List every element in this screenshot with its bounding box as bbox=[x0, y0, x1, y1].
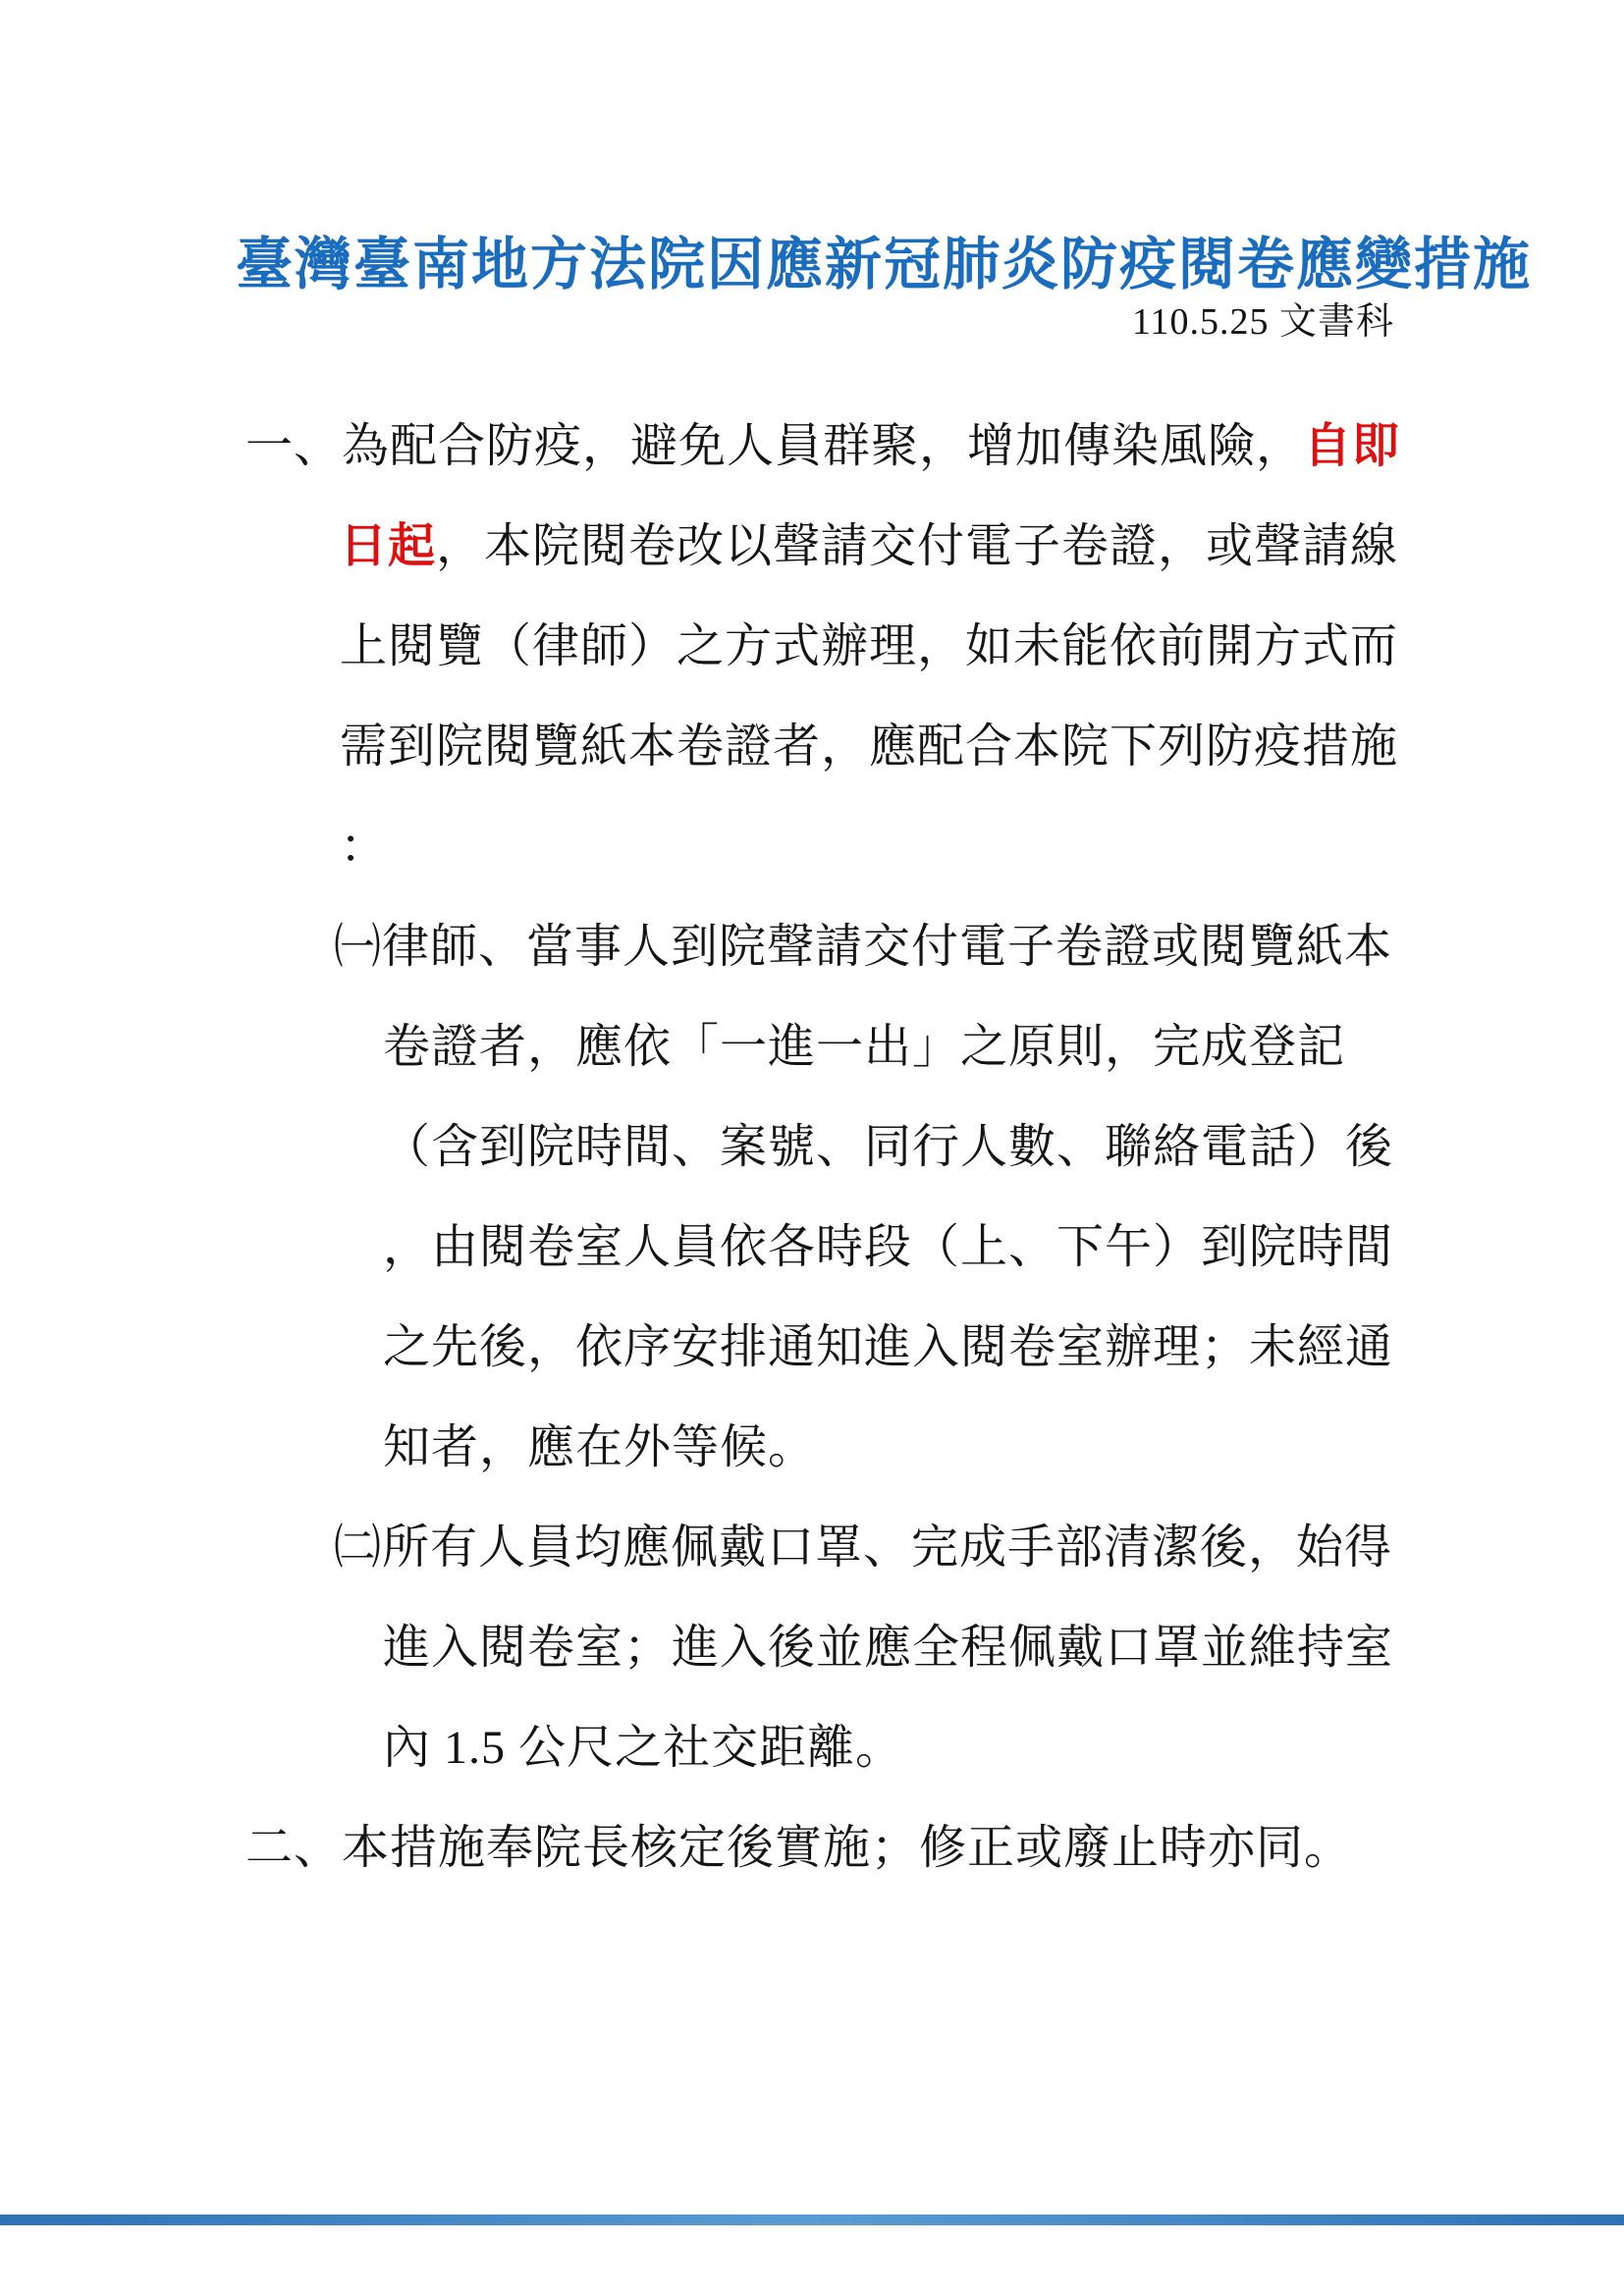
body-text: ，本院閱卷改以聲請交付電子卷證，或聲請線 bbox=[436, 520, 1398, 572]
body-text: 卷證者，應依「一進一出」之原則，完成登記 bbox=[383, 1021, 1345, 1073]
text-line: （含到院時間、案號、同行人數、聯絡電話）後 bbox=[245, 1097, 1522, 1198]
text-line: ，由閱卷室人員依各時段（上、下午）到院時間 bbox=[245, 1198, 1522, 1298]
scanned-document-page: 臺灣臺南地方法院因應新冠肺炎防疫閱卷應變措施 110.5.25 文書科 一、為配… bbox=[0, 0, 1624, 2296]
text-line: ： bbox=[245, 797, 1522, 897]
text-line: 上閱覽（律師）之方式辦理，如未能依前開方式而 bbox=[245, 597, 1522, 697]
body-text: 之先後，依序安排通知進入閱卷室辦理；未經通 bbox=[383, 1321, 1393, 1373]
text-line: ㈠律師、當事人到院聲請交付電子卷證或閱覽紙本 bbox=[245, 897, 1522, 997]
text-line: 進入閱卷室；進入後並應全程佩戴口罩並維持室 bbox=[245, 1598, 1522, 1698]
body-text: 需到院閱覽紙本卷證者，應配合本院下列防疫措施 bbox=[340, 721, 1398, 773]
highlighted-text: 日起 bbox=[340, 520, 436, 572]
body-text: 一、為配合防疫，避免人員群聚，增加傳染風險， bbox=[245, 420, 1304, 472]
highlighted-text: 自即 bbox=[1304, 420, 1400, 472]
body-text: 內 1.5 公尺之社交距離。 bbox=[383, 1722, 903, 1774]
body-text: （含到院時間、案號、同行人數、聯絡電話）後 bbox=[383, 1121, 1393, 1173]
body-text: ，由閱卷室人員依各時段（上、下午）到院時間 bbox=[383, 1221, 1393, 1273]
document-title: 臺灣臺南地方法院因應新冠肺炎防疫閱卷應變措施 bbox=[236, 218, 1404, 300]
text-line: ㈡所有人員均應佩戴口罩、完成手部清潔後，始得 bbox=[245, 1498, 1522, 1598]
text-line: 知者，應在外等候。 bbox=[245, 1398, 1522, 1498]
footer-divider-bar bbox=[0, 2215, 1624, 2225]
document-date-and-department: 110.5.25 文書科 bbox=[245, 291, 1394, 345]
body-text: ： bbox=[340, 821, 388, 873]
body-text: ㈡所有人員均應佩戴口罩、完成手部清潔後，始得 bbox=[334, 1522, 1392, 1574]
text-line: 卷證者，應依「一進一出」之原則，完成登記 bbox=[245, 997, 1522, 1097]
text-line: 日起，本院閱卷改以聲請交付電子卷證，或聲請線 bbox=[245, 497, 1522, 597]
text-line: 內 1.5 公尺之社交距離。 bbox=[245, 1698, 1522, 1798]
body-text: 上閱覽（律師）之方式辦理，如未能依前開方式而 bbox=[340, 620, 1398, 672]
text-line: 一、為配合防疫，避免人員群聚，增加傳染風險，自即 bbox=[245, 397, 1522, 497]
text-line: 需到院閱覽紙本卷證者，應配合本院下列防疫措施 bbox=[245, 697, 1522, 797]
body-text: 進入閱卷室；進入後並應全程佩戴口罩並維持室 bbox=[383, 1622, 1393, 1674]
body-text: 知者，應在外等候。 bbox=[383, 1421, 816, 1473]
document-body: 一、為配合防疫，避免人員群聚，增加傳染風險，自即日起，本院閱卷改以聲請交付電子卷… bbox=[245, 397, 1522, 1898]
text-line: 之先後，依序安排通知進入閱卷室辦理；未經通 bbox=[245, 1298, 1522, 1398]
text-line: 二、本措施奉院長核定後實施；修正或廢止時亦同。 bbox=[245, 1798, 1522, 1898]
body-text: ㈠律師、當事人到院聲請交付電子卷證或閱覽紙本 bbox=[334, 921, 1392, 973]
body-text: 二、本措施奉院長核定後實施；修正或廢止時亦同。 bbox=[245, 1822, 1352, 1874]
